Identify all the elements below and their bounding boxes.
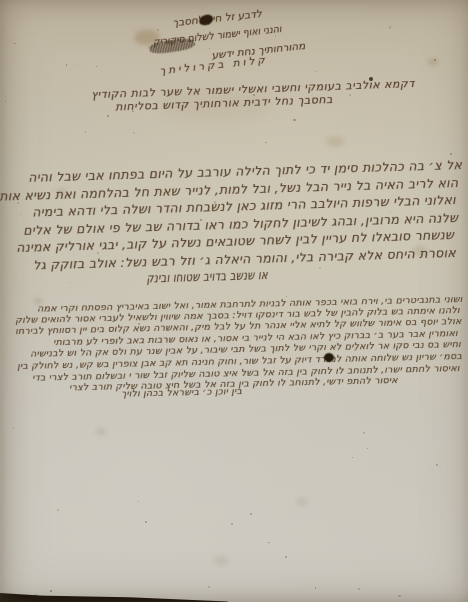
paper-speck [145,521,147,523]
paper-speck [50,590,52,592]
foxing-stain [326,136,344,147]
ink-blot [324,353,334,362]
paper-speck [133,132,135,134]
paper-speck [5,101,6,102]
paper-speck [436,464,438,466]
paper-speck [349,94,351,96]
paper-speck [398,595,401,598]
foxing-stain [296,498,308,506]
foxing-stain [214,556,228,565]
paper-speck [13,427,14,428]
paper-speck [363,432,365,434]
paper-speck [434,59,436,61]
paper-speck [285,556,287,558]
paper-speck [319,267,321,269]
paper-speck [209,48,211,50]
paper-speck [208,586,211,589]
paper-speck [268,542,270,544]
paper-speck [315,587,316,588]
paper-speck [326,50,327,51]
paper-speck [358,588,360,590]
paper-speck [286,296,287,297]
lower-paragraph-line: בין יוכן כ׳ בישראל בכהן ולויך [121,386,242,400]
paper-speck [231,523,234,526]
paper-speck [367,448,369,450]
paper-speck [70,282,71,283]
foxing-stain [428,58,438,66]
ink-dot [369,77,373,81]
paper-speck [157,29,158,30]
page-edge-backing [0,591,300,602]
paper-speck [450,153,452,155]
main-paragraph-line: או שנשב בדויב שטוחו ובינק [146,267,268,286]
paper-speck [352,457,353,458]
paper-speck [293,119,296,122]
paper-speck [250,513,252,515]
paper-speck [66,64,68,66]
paper-speck [265,142,267,144]
paper-speck [20,214,21,215]
manuscript-page: לדבע זל חיין לחסבך והנני ואוף ישמור לשלו… [0,0,468,602]
paper-speck [138,501,140,503]
paper-speck [107,115,109,117]
paper-speck [14,43,16,45]
paper-speck [96,66,97,67]
paper-speck [315,71,316,72]
paper-speck [85,131,87,133]
paper-speck [57,509,59,511]
foxing-stain [96,428,106,435]
paper-speck [389,26,391,28]
